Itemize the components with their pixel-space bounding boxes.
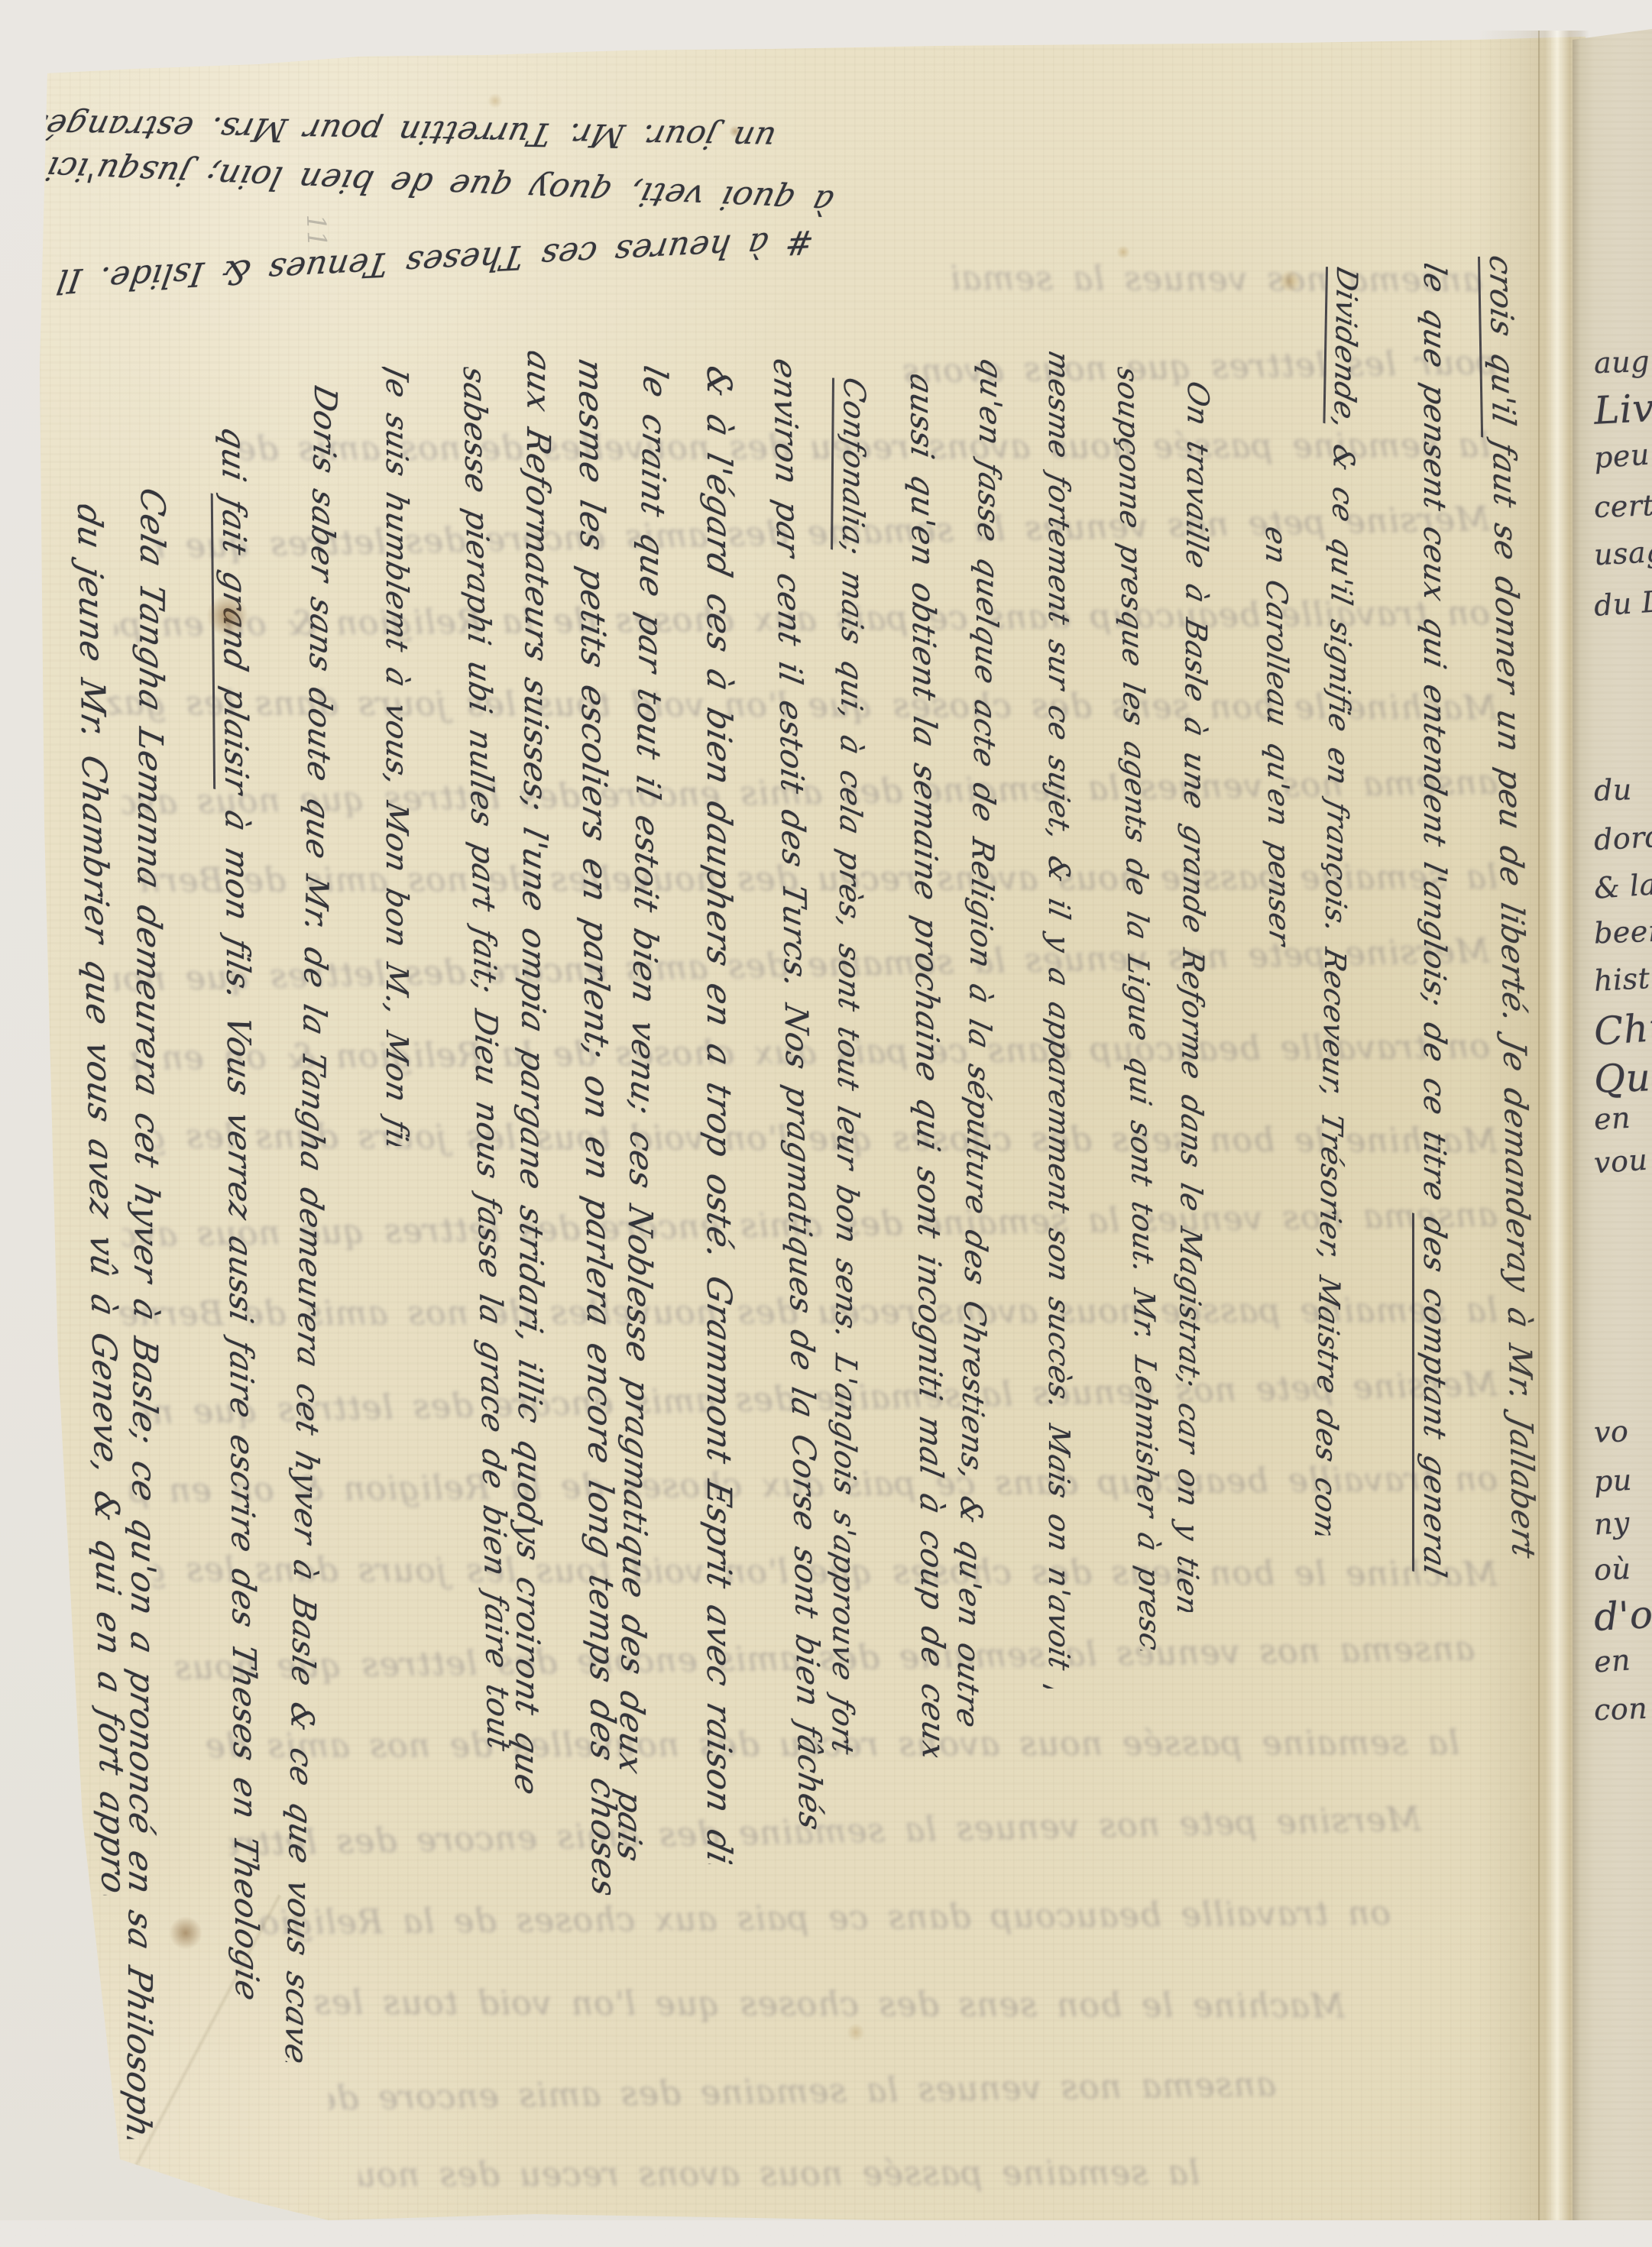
underlined-phrase: crois qu'il: [1478, 256, 1522, 446]
facing-page-line-fragment: dord: [1593, 820, 1652, 857]
phrase: mesme les petits escoliers en parlent; o…: [571, 359, 624, 1895]
facing-page-line-fragment: beer: [1593, 914, 1652, 950]
handwritten-line: en Carolleau qu'en penser vous.: [1247, 527, 1297, 963]
facing-page-line-fragment: en: [1593, 1643, 1632, 1679]
bleedthrough-line: ansema nos venues la semaine des amis en…: [329, 2065, 1277, 2120]
handwritten-line-text: Dividende, & ce qu'il signifie en franço…: [1307, 267, 1364, 1536]
inverted-margin-note: # à heures ces Theses Tenues & Islide. I…: [255, 222, 815, 290]
facing-page-line-fragment: d'o: [1593, 1592, 1652, 1640]
facing-page-line-fragment: Que: [1593, 1054, 1652, 1102]
ink-stain: [1116, 245, 1130, 259]
handwritten-line: le que pensent ceux qui entendent l'angl…: [1406, 264, 1452, 1582]
phrase: le que pensent ceux qui entendent l'angl…: [1417, 264, 1452, 1222]
facing-page-line-fragment: con: [1593, 1692, 1648, 1727]
handwritten-line: qui fait grand plaisir à mon fils. Vous …: [206, 428, 267, 2055]
facing-page-line-fragment: en: [1593, 1101, 1631, 1136]
handwritten-line: aussi qu'en obtient la semaine prochaine…: [894, 374, 952, 1757]
handwritten-line-text: soupçonne presque les agents de la Ligue…: [1111, 367, 1167, 1651]
facing-page-line-fragment: Livræ: [1593, 383, 1652, 433]
handwritten-line: & à l'égard ces à bien dauphers en a tro…: [692, 367, 738, 1864]
ink-stain: [169, 1916, 202, 1950]
handwritten-line: On travaille à Basle à une grande Reform…: [1158, 381, 1215, 1611]
facing-page-line-fragment: vo: [1593, 1414, 1629, 1449]
handwritten-line-text: mesme les petits escoliers en parlent; o…: [571, 359, 624, 1895]
facing-page-line-fragment: ny: [1593, 1505, 1631, 1541]
inverted-margin-note: à quoi veti, quoy que de bien loin; jusq…: [228, 157, 833, 221]
underlined-phrase: Confonalia;: [831, 377, 871, 559]
underlined-phrase: fait grand plaisir: [211, 494, 255, 798]
phrase: faut se donner un peu de liberté. Je dem…: [1485, 438, 1542, 1562]
facing-page-line-fragment: hist: [1593, 961, 1651, 998]
facing-page-line-fragment: où: [1593, 1552, 1631, 1587]
phrase: qui: [215, 428, 253, 503]
facing-page-line-fragment: Chu: [1592, 1004, 1652, 1054]
phrase: Je suis humblemt à vous, Mon bon M., Mon…: [379, 367, 414, 1146]
handwritten-line-text: & à l'égard ces à bien dauphers en a tro…: [699, 367, 738, 1864]
phrase: soupçonne presque les agents de la Ligue…: [1111, 367, 1167, 1651]
phrase: mesme fortement sur ce sujet, & il y a a…: [1042, 351, 1076, 1688]
facing-page-line-fragment: du L: [1593, 584, 1652, 623]
handwritten-line-text: en Carolleau qu'en penser vous.: [1259, 527, 1297, 963]
phrase: On travaille à Basle à une grande Reform…: [1170, 381, 1215, 1611]
handwritten-line-text: On travaille à Basle à une grande Reform…: [1170, 381, 1215, 1611]
facing-page-line-fragment: vou: [1593, 1143, 1649, 1180]
facing-page-line-fragment: pu: [1593, 1463, 1633, 1499]
ink-stain: [488, 93, 503, 108]
facing-page-line-fragment: usag: [1593, 535, 1652, 572]
underlined-phrase: des comptant general: [1412, 1213, 1452, 1580]
pencil-mark: 11: [300, 214, 332, 248]
bleedthrough-line: on travaille beaucoup dans ce pais aux c…: [260, 1894, 1391, 1945]
handwritten-line-text: le que pensent ceux qui entendent l'angl…: [1417, 264, 1452, 1580]
facing-page-line-fragment: & la: [1593, 867, 1652, 905]
bleedthrough-line: Machine le bon sens des choses que l'on …: [290, 1983, 1345, 2028]
handwritten-line: mesme fortement sur ce sujet, & il y a a…: [1030, 351, 1076, 1688]
facing-page-line-fragment: peu: [1593, 438, 1651, 475]
phrase: en Carolleau qu'en penser vous.: [1259, 527, 1297, 963]
underlined-phrase: Dividende,: [1323, 267, 1363, 433]
handwritten-line-text: qui fait grand plaisir à mon fils. Vous …: [215, 428, 266, 2005]
facing-page-line-fragment: du: [1593, 772, 1632, 808]
facing-page-line-fragment: aug: [1593, 345, 1650, 380]
handwritten-line: Je suis humblemt à vous, Mon bon M., Mon…: [368, 367, 414, 1146]
phrase: & à l'égard ces à bien dauphers en a tro…: [699, 367, 738, 1864]
handwritten-line-text: mesme fortement sur ce sujet, & il y a a…: [1042, 351, 1076, 1688]
phrase: aussi qu'en obtient la semaine prochaine…: [903, 374, 952, 1757]
inverted-margin-note-text: # à heures ces Theses Tenues & Islide. I…: [0, 222, 816, 323]
bleedthrough-line: ansema nos venues la semaine des amis en…: [947, 259, 1482, 302]
inverted-margin-note: un jour. Mr. Turrettin pour Mrs. estrang…: [342, 112, 776, 157]
bleedthrough-line: la semaine passée nous avons receu des n…: [359, 2154, 1200, 2197]
photographed-manuscript-scan: ansema nos venues la semaine des amis en…: [0, 0, 1652, 2220]
handwritten-line-text: aussi qu'en obtient la semaine prochaine…: [903, 374, 952, 1757]
handwritten-line: soupçonne presque les agents de la Ligue…: [1099, 367, 1167, 1651]
handwritten-line-text: Confonalia; mais qui, à cela près, sont …: [824, 377, 871, 1757]
facing-page-line-fragment: cert a: [1593, 487, 1652, 524]
handwritten-line-text: Je suis humblemt à vous, Mon bon M., Mon…: [379, 367, 414, 1146]
facing-page-edge: augLivræpeucert ausagdu Ldudord& labeerh…: [1573, 29, 1652, 2220]
inverted-margin-note-text: un jour. Mr. Turrettin pour Mrs. estrang…: [14, 107, 779, 157]
manuscript-page: ansema nos venues la semaine des amis en…: [0, 0, 1586, 2220]
